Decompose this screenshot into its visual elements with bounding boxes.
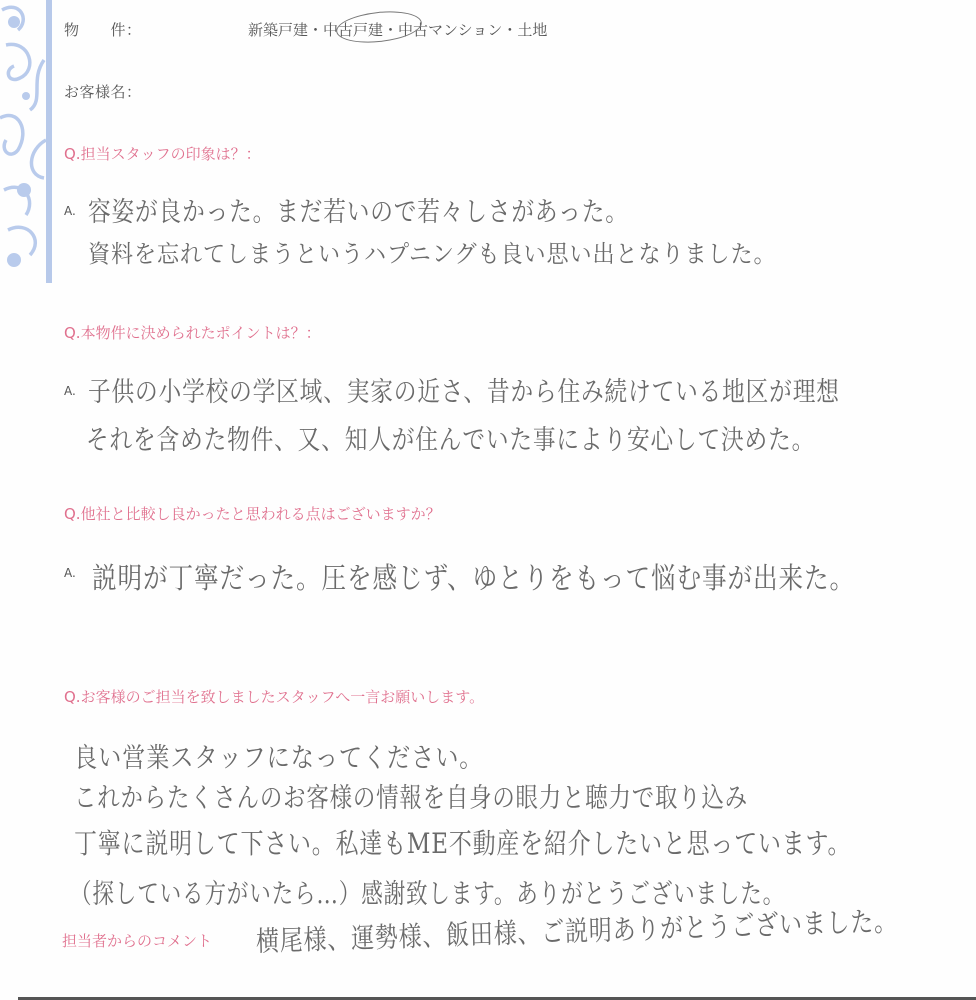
question-message-to-staff: Q.お客様のご担当を致しましたスタッフへ一言お願いします。 [64, 686, 484, 707]
answer-line: 容姿が良かった。まだ若いので若々しさがあった。 [88, 190, 629, 229]
question-staff-impression: Q.担当スタッフの印象は？： [64, 143, 261, 164]
answer-line: これからたくさんのお客様の情報を自身の眼力と聴力で取り込み [74, 776, 748, 815]
answer-marker: A. [64, 204, 76, 218]
swirl-pattern-icon [0, 0, 46, 285]
staff-comment-label: 担当者からのコメント [62, 930, 212, 951]
customer-name-label: お客様名： [64, 81, 142, 102]
answer-line: 子供の小学校の学区域、実家の近さ、昔から住み続けている地区が理想 [88, 370, 840, 409]
property-type-label: 物 件： [64, 19, 142, 40]
answer-line: それを含めた物件、又、知人が住んでいた事により安心して決めた。 [86, 418, 815, 457]
decorative-vertical-bar [46, 0, 52, 283]
answer-line: 丁寧に説明して下さい。私達もME不動産を紹介したいと思っています。 [74, 822, 851, 862]
selected-option-circle [335, 8, 424, 47]
answer-line: 資料を忘れてしまうというハプニングも良い思い出となりました。 [88, 234, 776, 269]
answer-marker: A. [64, 566, 76, 580]
answer-line: 説明が丁寧だった。圧を感じず、ゆとりをもって悩む事が出来た。 [92, 556, 855, 597]
answer-marker: A. [64, 384, 76, 398]
decorative-swirl-ornament [0, 0, 46, 285]
answer-line: （探している方がいたら…）感謝致します。ありがとうございました。 [70, 872, 785, 911]
survey-form-page: 物 件： 新築戸建・中古戸建・中古マンション・土地 お客様名： Q.担当スタッフ… [0, 0, 976, 1000]
question-comparison-advantages: Q.他社と比較し良かったと思われる点はございますか？ [64, 503, 441, 524]
answer-line: 良い営業スタッフになってください。 [74, 736, 483, 775]
question-decision-points: Q.本物件に決められたポイントは？： [64, 322, 321, 343]
